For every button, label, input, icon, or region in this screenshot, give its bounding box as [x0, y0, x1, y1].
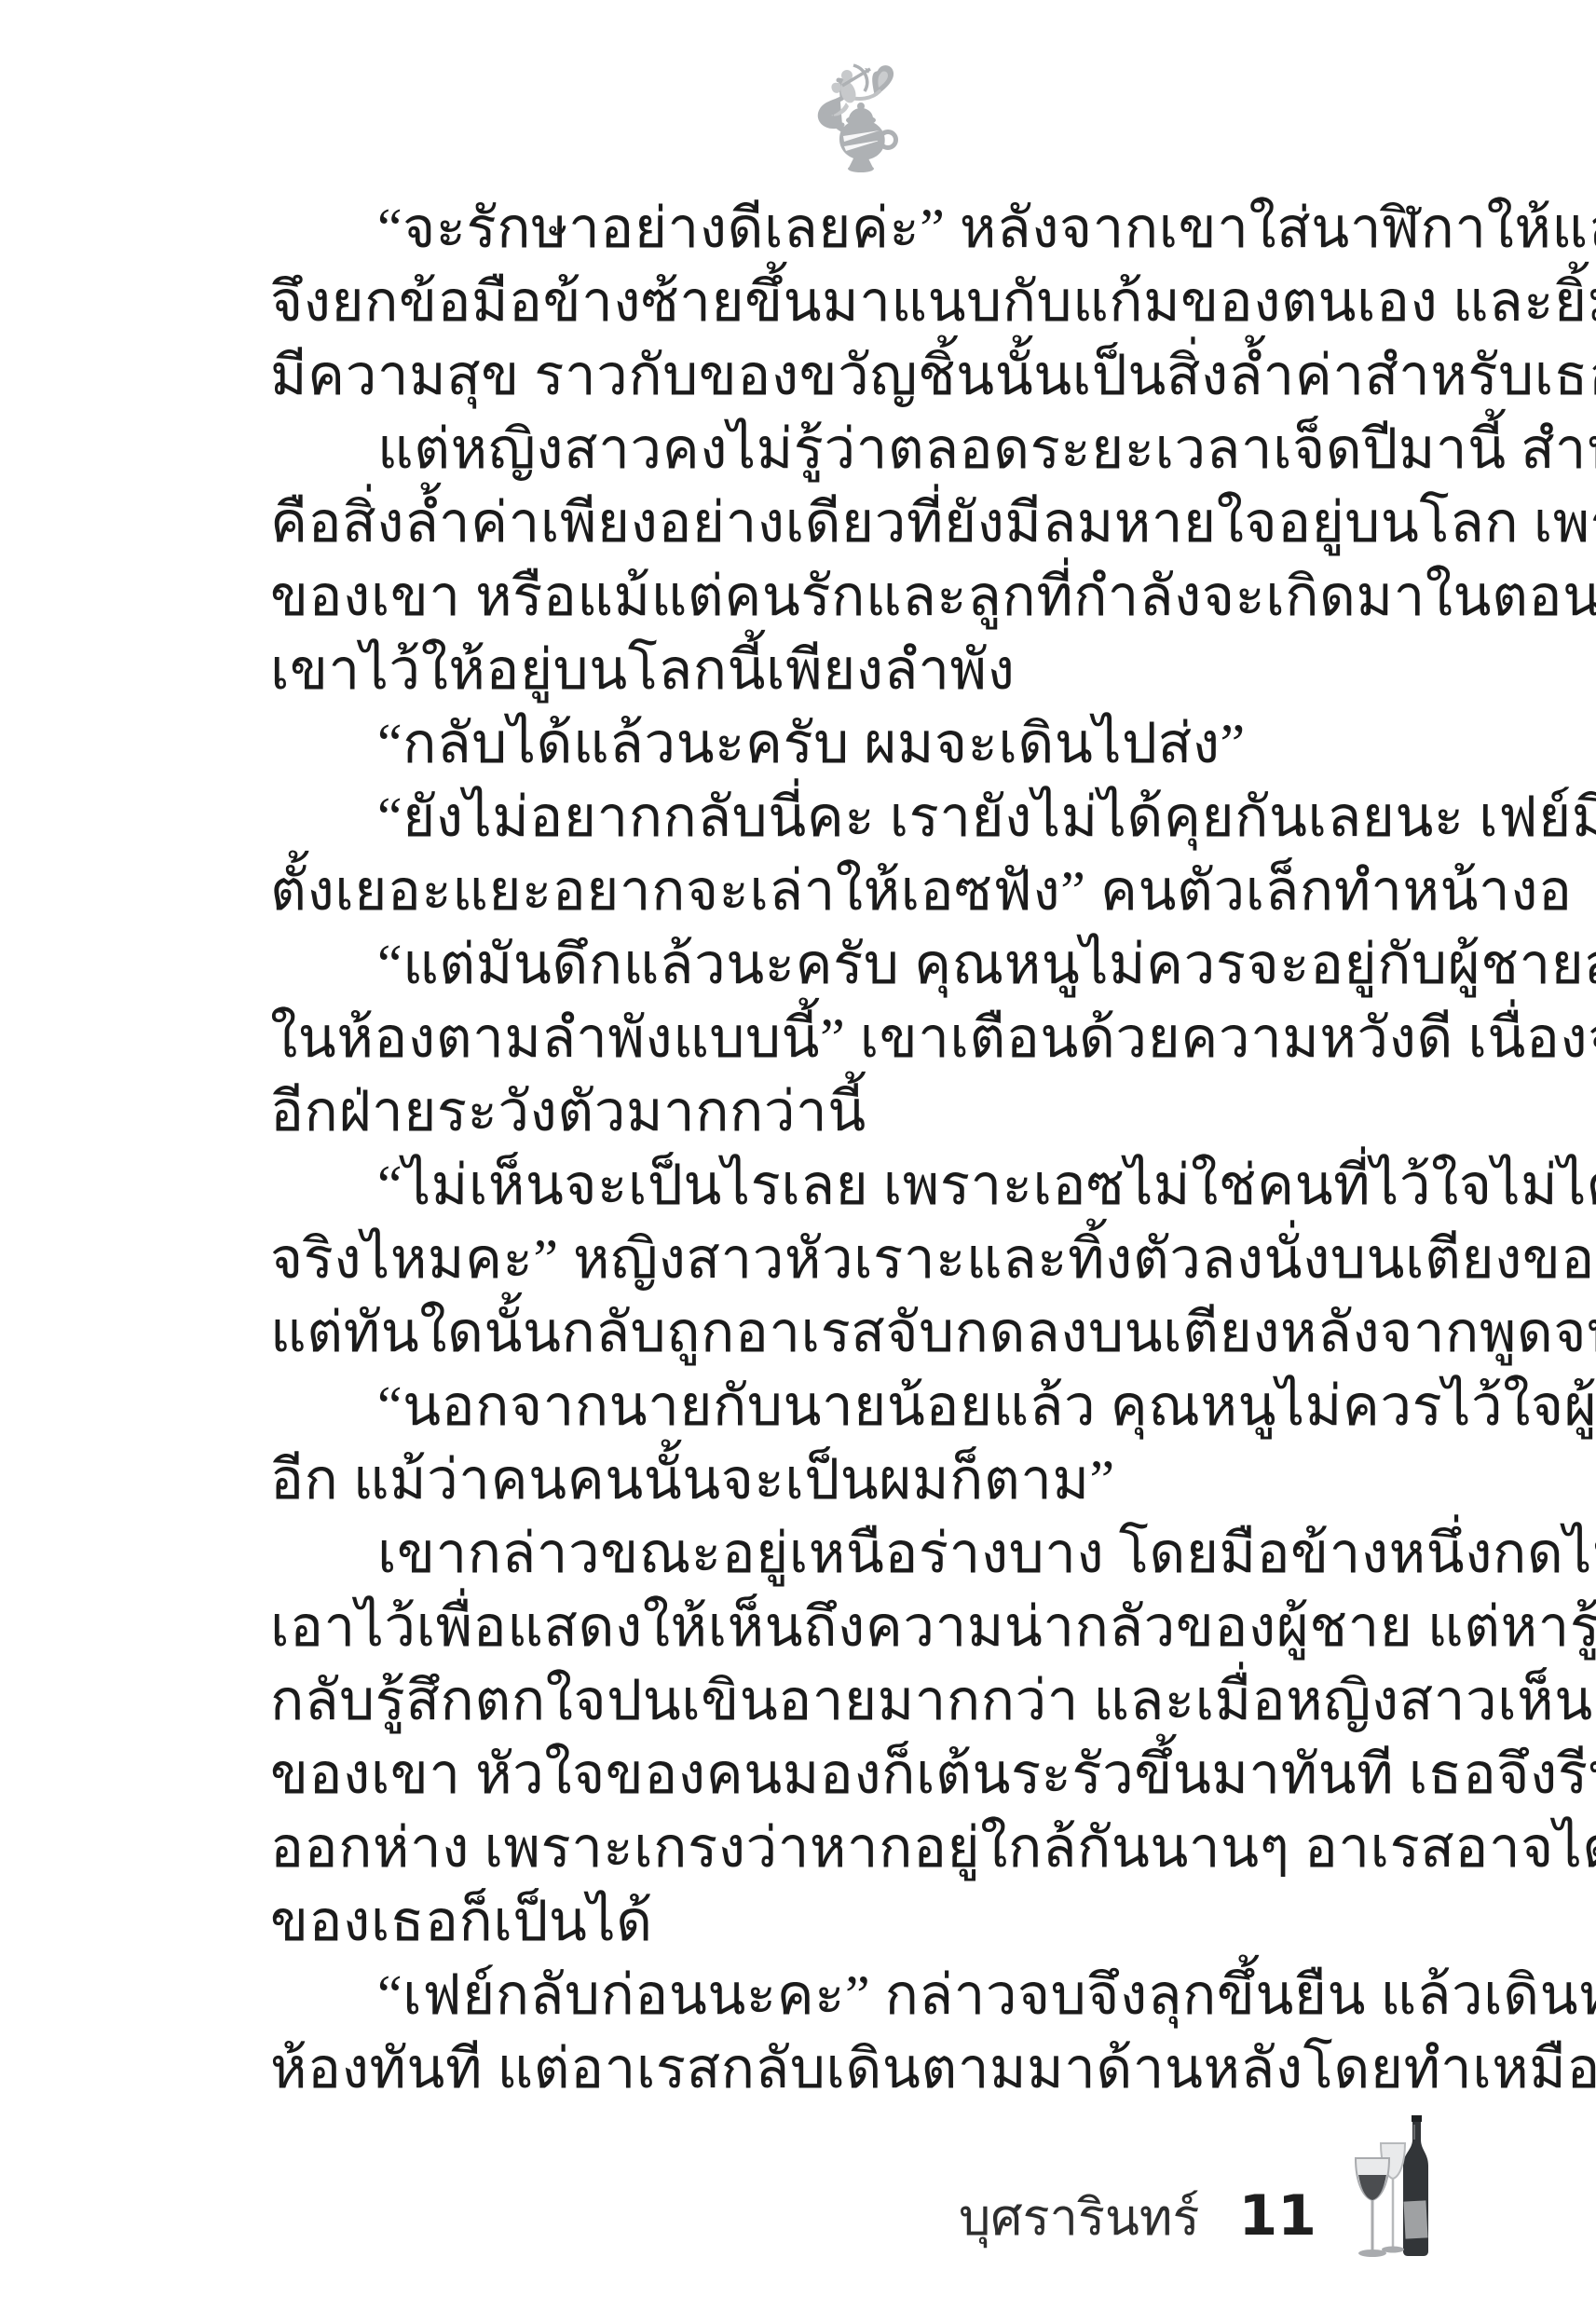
text-line: “แต่มันดึกแล้วนะครับ คุณหนูไม่ควรจะอยู่ก… [270, 928, 1435, 1002]
wine-bottle [1403, 2115, 1428, 2256]
text-line: จึงยกข้อมือข้างซ้ายขึ้นมาแนบกับแก้มของตน… [270, 266, 1435, 339]
text-line: ของเขา หรือแม้แต่คนรักและลูกที่กำลังจะเก… [270, 560, 1435, 634]
text-line: คือสิ่งล้ำค่าเพียงอย่างเดียวที่ยังมีลมหา… [270, 486, 1435, 560]
text-line: จริงไหมคะ” หญิงสาวหัวเราะและทิ้งตัวลงนั่… [270, 1223, 1435, 1296]
text-line: อีกฝ่ายระวังตัวมากกว่านี้ [270, 1075, 1435, 1149]
text-line: ของเขา หัวใจของคนมองก็เต้นระรัวขึ้นมาทัน… [270, 1738, 1435, 1812]
text-line: มีความสุข ราวกับของขวัญชิ้นนั้นเป็นสิ่งล… [270, 339, 1435, 413]
text-line: ของเธอก็เป็นได้ [270, 1885, 1435, 1959]
text-line: แต่หญิงสาวคงไม่รู้ว่าตลอดระยะเวลาเจ็ดปีม… [270, 413, 1435, 486]
author-name: บุศรารินทร์ [959, 2188, 1199, 2247]
text-line: “ยังไม่อยากกลับนี่คะ เรายังไม่ได้คุยกันเ… [270, 781, 1435, 855]
text-line: “กลับได้แล้วนะครับ ผมจะเดินไปส่ง” [270, 707, 1435, 781]
text-line: “นอกจากนายกับนายน้อยแล้ว คุณหนูไม่ควรไว้… [270, 1370, 1435, 1443]
text-line: เขากล่าวขณะอยู่เหนือร่างบาง โดยมือข้างหน… [270, 1517, 1435, 1591]
wine-bottle-glasses-icon [1353, 2115, 1433, 2261]
text-line: เอาไว้เพื่อแสดงให้เห็นถึงความน่ากลัวของผ… [270, 1591, 1435, 1664]
text-line: ในห้องตามลำพังแบบนี้” เขาเตือนด้วยความหว… [270, 1002, 1435, 1075]
text-line: อีก แม้ว่าคนคนนั้นจะเป็นผมก็ตาม” [270, 1443, 1435, 1517]
text-line: กลับรู้สึกตกใจปนเขินอายมากกว่า และเมื่อห… [270, 1664, 1435, 1738]
lamp-cupid-ornament-icon [799, 60, 900, 177]
text-line: “ไม่เห็นจะเป็นไรเลย เพราะเอซไม่ใช่คนที่ไ… [270, 1149, 1435, 1223]
book-page: { "page": { "background_color": "#ffffff… [0, 0, 1596, 2311]
text-line: “จะรักษาอย่างดีเลยค่ะ” หลังจากเขาใส่นาฬิ… [270, 192, 1435, 266]
text-line: ออกห่าง เพราะเกรงว่าหากอยู่ใกล้กันนานๆ อ… [270, 1812, 1435, 1885]
text-line: “เฟย์กลับก่อนนะคะ” กล่าวจบจึงลุกขึ้นยืน … [270, 1959, 1435, 2032]
text-block: “จะรักษาอย่างดีเลยค่ะ” หลังจากเขาใส่นาฬิ… [270, 192, 1435, 2106]
front-wine-glass [1356, 2158, 1389, 2257]
text-line: แต่ทันใดนั้นกลับถูกอาเรสจับกดลงบนเตียงหล… [270, 1296, 1435, 1370]
text-line: ห้องทันที แต่อาเรสกลับเดินตามมาด้านหลังโ… [270, 2032, 1435, 2106]
text-line: เขาไว้ให้อยู่บนโลกนี้เพียงลำพัง [270, 634, 1435, 707]
page-number: 11 [1239, 2183, 1317, 2249]
footer: บุศรารินทร์11 [270, 2177, 1316, 2257]
text-line: ตั้งเยอะแยะอยากจะเล่าให้เอซฟัง” คนตัวเล็… [270, 855, 1435, 928]
